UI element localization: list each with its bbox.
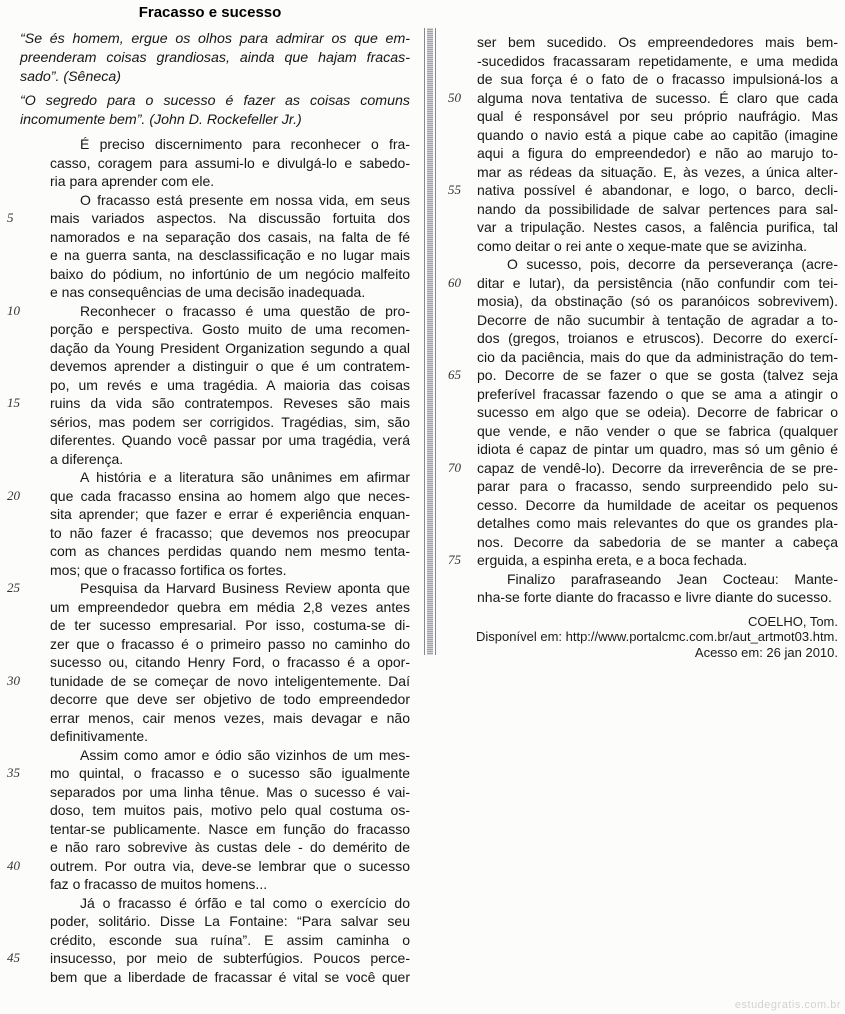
text-line: Já o fracasso é órfão e tal como o exerc… (0, 894, 420, 913)
text-line: 75erguida, a espinha ereta, e a boca fec… (445, 551, 838, 570)
body-line: crédito, esconde sua ruína”. E assim cam… (50, 931, 420, 950)
line-number (445, 33, 477, 52)
line-number (0, 376, 50, 395)
text-line: dos (gregos, troianos e etruscos). Decor… (445, 329, 838, 348)
body-line: de ter sucesso empresarial. Por isso, co… (50, 616, 420, 635)
epigraph-line: incomumente bem”. (John D. Rockefeller J… (20, 111, 420, 130)
body-line: var a tripulação. Nestes casos, a falênc… (477, 218, 838, 237)
line-number (445, 496, 477, 515)
body-line: Finalizo parafraseando Jean Cocteau: Man… (477, 570, 838, 589)
body-line: tunidade de se começar de novo inteligen… (50, 672, 420, 691)
line-number (445, 440, 477, 459)
line-number: 30 (0, 672, 50, 691)
text-line: doso, tem muitos pais, motivo pelo qual … (0, 801, 420, 820)
line-number (445, 533, 477, 552)
text-line: 20que cada fracasso ensina ao homem algo… (0, 487, 420, 506)
line-number (0, 505, 50, 524)
text-line: um empreendedor quebra em média 2,8 veze… (0, 598, 420, 617)
body-line: mo quintal, o fracasso e o sucesso são i… (50, 764, 420, 783)
body-line: e não raro sobrevive às custas dele - do… (50, 838, 420, 857)
body-line: definitivamente. (50, 727, 420, 746)
body-line: qual é responsável por seu próprio naufr… (477, 107, 838, 126)
body-line: que vende, e não vender o que se fabrica… (477, 422, 838, 441)
text-line: É preciso discernimento para reconhecer … (0, 135, 420, 154)
line-number (0, 635, 50, 654)
line-number: 50 (445, 89, 477, 108)
body-line: O fracasso está presente em nossa vida, … (50, 191, 420, 210)
line-number (0, 357, 50, 376)
source-attribution: COELHO, Tom. Disponível em: http://www.p… (445, 614, 838, 661)
body-line: to não fazer é fracasso; que devemos nos… (50, 524, 420, 543)
text-line: 35mo quintal, o fracasso e o sucesso são… (0, 764, 420, 783)
line-number (445, 144, 477, 163)
body-line: mos; que o fracasso fortifica os fortes. (50, 561, 420, 580)
paragraph: O fracasso está presente em nossa vida, … (0, 191, 420, 302)
line-number (445, 588, 477, 607)
text-line: 65po. Decorre de se fazer o que se gosta… (445, 366, 838, 385)
text-line: preenderam coisas grandiosas, ainda que … (0, 49, 420, 68)
line-number: 55 (445, 181, 477, 200)
body-line: -sucedidos fracassaram repetidamente, e … (477, 52, 838, 71)
text-line: devemos aprender a distinguir o que é um… (0, 357, 420, 376)
line-number: 5 (0, 209, 50, 228)
body-line: baixo do pódium, no infortúnio de um neg… (50, 265, 420, 284)
body-line: dos (gregos, troianos e etruscos). Decor… (477, 329, 838, 348)
body-line: parar para o fracasso, sendo surpreendid… (477, 477, 838, 496)
body-line: po, um revés e uma tragédia. A maioria d… (50, 376, 420, 395)
text-line: 40outrem. Por outra via, deve-se lembrar… (0, 857, 420, 876)
body-line: decorre que deve ser objetivo de todo em… (50, 690, 420, 709)
text-line: e nas consequências de uma decisão inade… (0, 283, 420, 302)
line-number (0, 931, 50, 950)
paragraph: Já o fracasso é órfão e tal como o exerc… (0, 894, 420, 987)
body-line: com as chances perdidas quando nem mesmo… (50, 542, 420, 561)
line-number (0, 468, 50, 487)
text-line: com as chances perdidas quando nem mesmo… (0, 542, 420, 561)
text-line: to não fazer é fracasso; que devemos nos… (0, 524, 420, 543)
text-line: que vende, e não vender o que se fabrica… (445, 422, 838, 441)
text-line: faz o fracasso de muitos homens... (0, 875, 420, 894)
body-line: po. Decorre de se fazer o que se gosta (… (477, 366, 838, 385)
line-number (0, 875, 50, 894)
text-line: 5mais variados aspectos. Na discussão fo… (0, 209, 420, 228)
line-number (0, 172, 50, 191)
text-line: qual é responsável por seu próprio naufr… (445, 107, 838, 126)
line-number (0, 49, 20, 68)
document-page: Fracasso e sucesso “Se és homem, ergue o… (0, 0, 845, 1014)
body-line: nativa possível é abandonar, e logo, o b… (477, 181, 838, 200)
text-line: definitivamente. (0, 727, 420, 746)
text-line: mos; que o fracasso fortifica os fortes. (0, 561, 420, 580)
text-line: sucesso ou, citando Henry Ford, o fracas… (0, 653, 420, 672)
body-line: e nas consequências de uma decisão inade… (50, 283, 420, 302)
text-line: nha-se forte diante do fracasso e livre … (445, 588, 838, 607)
text-line: decorre que deve ser objetivo de todo em… (0, 690, 420, 709)
page-title: Fracasso e sucesso (0, 0, 420, 21)
line-number (0, 968, 50, 987)
text-line: de ter sucesso empresarial. Por isso, co… (0, 616, 420, 635)
body-line: faz o fracasso de muitos homens... (50, 875, 420, 894)
body-line: aqui a figura do empreendedor) e não ao … (477, 144, 838, 163)
source-author: COELHO, Tom. (445, 614, 838, 630)
line-number (445, 329, 477, 348)
watermark: estudegratis.com.br (735, 999, 841, 1011)
body-line: sita aprender; que fazer e errar é exper… (50, 505, 420, 524)
text-line: 50alguma nova tentativa de sucesso. É cl… (445, 89, 838, 108)
line-number: 45 (0, 949, 50, 968)
body-line: separados por uma linha tênue. Mas o suc… (50, 783, 420, 802)
line-number: 70 (445, 459, 477, 478)
line-number (0, 820, 50, 839)
text-line: “Se és homem, ergue os olhos para admira… (0, 30, 420, 49)
text-line: “O segredo para o sucesso é fazer as coi… (0, 92, 420, 111)
text-line: e na guerra santa, na desclassificação e… (0, 246, 420, 265)
line-number (0, 690, 50, 709)
source-url: Disponível em: http://www.portalcmc.com.… (445, 629, 838, 645)
text-line: cio da paciência, mais do que da adminis… (445, 348, 838, 367)
body-line: devemos aprender a distinguir o que é um… (50, 357, 420, 376)
line-number: 15 (0, 394, 50, 413)
body-line: sérios, mas podem ser corrigidos. Tragéd… (50, 413, 420, 432)
paragraph: Assim como amor e ódio são vizinhos de u… (0, 746, 420, 894)
text-line: A história e a literatura são unânimes e… (0, 468, 420, 487)
body-line: Assim como amor e ódio são vizinhos de u… (50, 746, 420, 765)
line-number (445, 403, 477, 422)
line-number (0, 653, 50, 672)
line-number (0, 912, 50, 931)
line-number: 75 (445, 551, 477, 570)
text-line: Assim como amor e ódio são vizinhos de u… (0, 746, 420, 765)
text-line: preferível fracassar fazendo o que se am… (445, 385, 838, 404)
text-line: 45insucesso, por meio de subterfúgios. P… (0, 949, 420, 968)
text-line: baixo do pódium, no infortúnio de um neg… (0, 265, 420, 284)
line-number (445, 163, 477, 182)
text-line: ser bem sucedido. Os empreendedores mais… (445, 33, 838, 52)
line-number (0, 191, 50, 210)
line-number (0, 616, 50, 635)
line-number (0, 30, 20, 49)
line-number (0, 265, 50, 284)
body-line: mais variados aspectos. Na discussão for… (50, 209, 420, 228)
body-line: É preciso discernimento para reconhecer … (50, 135, 420, 154)
text-line: separados por uma linha tênue. Mas o suc… (0, 783, 420, 802)
text-line: como deitar o rei ante o xeque-mate que … (445, 237, 838, 256)
body-line: cio da paciência, mais do que da adminis… (477, 348, 838, 367)
line-number (0, 135, 50, 154)
body-line: capaz de vendê-lo). Decorre da irreverên… (477, 459, 838, 478)
text-line: 25Pesquisa da Harvard Business Review ap… (0, 579, 420, 598)
line-number (0, 431, 50, 450)
line-number (0, 709, 50, 728)
text-line: nos. Decorre da sabedoria de se manter a… (445, 533, 838, 552)
text-line: tentar-se publicamente. Nasce em função … (0, 820, 420, 839)
line-number (0, 783, 50, 802)
left-column: Fracasso e sucesso “Se és homem, ergue o… (0, 0, 420, 986)
body-line: Pesquisa da Harvard Business Review apon… (50, 579, 420, 598)
text-line: var a tripulação. Nestes casos, a falênc… (445, 218, 838, 237)
text-line: -sucedidos fracassaram repetidamente, e … (445, 52, 838, 71)
line-number (0, 246, 50, 265)
line-number: 35 (0, 764, 50, 783)
line-number (0, 838, 50, 857)
line-number (0, 320, 50, 339)
paragraph: 25Pesquisa da Harvard Business Review ap… (0, 579, 420, 746)
body-line: nos. Decorre da sabedoria de se manter a… (477, 533, 838, 552)
body-line: poder, solitário. Disse La Fontaine: “Pa… (50, 912, 420, 931)
line-number (0, 228, 50, 247)
body-line: como deitar o rei ante o xeque-mate que … (477, 237, 838, 256)
line-number (445, 570, 477, 589)
line-number (445, 237, 477, 256)
line-number (0, 450, 50, 469)
line-number (0, 413, 50, 432)
text-line: diferentes. Quando você passar por uma t… (0, 431, 420, 450)
line-number (445, 200, 477, 219)
line-number (0, 801, 50, 820)
body-line: ditar e lutar), da persistência (não con… (477, 274, 838, 293)
text-line: 70capaz de vendê-lo). Decorre da irrever… (445, 459, 838, 478)
body-line: porção e perspectiva. Gosto muito de uma… (50, 320, 420, 339)
body-line: mosia), da obstinação (só os paranóicos … (477, 292, 838, 311)
text-line: poder, solitário. Disse La Fontaine: “Pa… (0, 912, 420, 931)
text-line: sérios, mas podem ser corrigidos. Tragéd… (0, 413, 420, 432)
body-line: alguma nova tentativa de sucesso. É clar… (477, 89, 838, 108)
line-number (0, 598, 50, 617)
line-number (445, 292, 477, 311)
line-number: 25 (0, 579, 50, 598)
text-line: sucesso em algo que se odeia). Decorre d… (445, 403, 838, 422)
body-line: bem que a liberdade de fracassar é vital… (50, 968, 420, 987)
line-number (0, 524, 50, 543)
text-line: casso, coragem para assumi-lo e divulgá-… (0, 154, 420, 173)
body-line: sucesso em algo que se odeia). Decorre d… (477, 403, 838, 422)
body-line: ria para aprender com ele. (50, 172, 420, 191)
source-access-date: Acesso em: 26 jan 2010. (445, 645, 838, 661)
body-line: a diferença. (50, 450, 420, 469)
body-line: namorados e na separação dos casais, na … (50, 228, 420, 247)
text-line: aqui a figura do empreendedor) e não ao … (445, 144, 838, 163)
body-line: mar as rédeas da situação. E, às vezes, … (477, 163, 838, 182)
left-column-text: “Se és homem, ergue os olhos para admira… (0, 30, 420, 986)
body-line: um empreendedor quebra em média 2,8 veze… (50, 598, 420, 617)
epigraph-line: sado”. (Sêneca) (20, 68, 420, 87)
body-line: casso, coragem para assumi-lo e divulgá-… (50, 154, 420, 173)
epigraph: “O segredo para o sucesso é fazer as coi… (0, 92, 420, 130)
text-line: zer que o fracasso é o primeiro passo no… (0, 635, 420, 654)
text-line: a diferença. (0, 450, 420, 469)
text-line: cesso. Decorre da humildade de aceitar o… (445, 496, 838, 515)
line-number (445, 70, 477, 89)
text-line: sado”. (Sêneca) (0, 68, 420, 87)
line-number (0, 339, 50, 358)
text-line: incomumente bem”. (John D. Rockefeller J… (0, 111, 420, 130)
body-line: preferível fracassar fazendo o que se am… (477, 385, 838, 404)
line-number (445, 514, 477, 533)
epigraph-line: “Se és homem, ergue os olhos para admira… (20, 30, 420, 49)
text-line: sita aprender; que fazer e errar é exper… (0, 505, 420, 524)
body-line: cesso. Decorre da humildade de aceitar o… (477, 496, 838, 515)
line-number (445, 107, 477, 126)
body-line: outrem. Por outra via, deve-se lembrar q… (50, 857, 420, 876)
line-number (0, 894, 50, 913)
line-number (0, 561, 50, 580)
body-line: Decorre de não sucumbir à tentação de ag… (477, 311, 838, 330)
line-number (445, 348, 477, 367)
line-number: 20 (0, 487, 50, 506)
epigraph-line: preenderam coisas grandiosas, ainda que … (20, 49, 420, 68)
text-line: O sucesso, pois, decorre da perseverança… (445, 255, 838, 274)
line-number (0, 111, 20, 130)
text-line: 15ruins da vida são contratempos. Revese… (0, 394, 420, 413)
text-line: 55nativa possível é abandonar, e logo, o… (445, 181, 838, 200)
body-line: O sucesso, pois, decorre da perseverança… (477, 255, 838, 274)
epigraph: “Se és homem, ergue os olhos para admira… (0, 30, 420, 87)
text-line: O fracasso está presente em nossa vida, … (0, 191, 420, 210)
line-number (0, 727, 50, 746)
body-line: quando o navio está a pique cabe ao capi… (477, 126, 838, 145)
column-divider (424, 28, 436, 655)
text-line: porção e perspectiva. Gosto muito de uma… (0, 320, 420, 339)
text-line: 60ditar e lutar), da persistência (não c… (445, 274, 838, 293)
text-line: parar para o fracasso, sendo surpreendid… (445, 477, 838, 496)
body-line: dação da Young President Organization se… (50, 339, 420, 358)
epigraph-line: “O segredo para o sucesso é fazer as coi… (20, 92, 420, 111)
text-line: Finalizo parafraseando Jean Cocteau: Man… (445, 570, 838, 589)
line-number: 65 (445, 366, 477, 385)
text-line: de sua força é o fato de o fracasso impu… (445, 70, 838, 89)
right-column-text: ser bem sucedido. Os empreendedores mais… (445, 33, 838, 607)
body-line: e na guerra santa, na desclassificação e… (50, 246, 420, 265)
text-line: po, um revés e uma tragédia. A maioria d… (0, 376, 420, 395)
text-line: idiota é capaz de pintar um quadro, mas … (445, 440, 838, 459)
line-number (0, 283, 50, 302)
body-line: erguida, a espinha ereta, e a boca fecha… (477, 551, 838, 570)
line-number: 60 (445, 274, 477, 293)
body-line: nando da possibilidade de salvar pertenc… (477, 200, 838, 219)
text-line: namorados e na separação dos casais, na … (0, 228, 420, 247)
line-number (445, 126, 477, 145)
text-line: Decorre de não sucumbir à tentação de ag… (445, 311, 838, 330)
paragraph: A história e a literatura são unânimes e… (0, 468, 420, 579)
body-line: detalhes como mais relevantes do que os … (477, 514, 838, 533)
body-line: A história e a literatura são unânimes e… (50, 468, 420, 487)
line-number (0, 68, 20, 87)
text-line: 10Reconhecer o fracasso é uma questão de… (0, 302, 420, 321)
text-line: crédito, esconde sua ruína”. E assim cam… (0, 931, 420, 950)
text-line: mar as rédeas da situação. E, às vezes, … (445, 163, 838, 182)
line-number (445, 422, 477, 441)
text-line: bem que a liberdade de fracassar é vital… (0, 968, 420, 987)
paragraph: O sucesso, pois, decorre da perseverança… (445, 255, 838, 570)
line-number: 40 (0, 857, 50, 876)
body-line: insucesso, por meio de subterfúgios. Pou… (50, 949, 420, 968)
paragraph: 10Reconhecer o fracasso é uma questão de… (0, 302, 420, 469)
body-line: sucesso ou, citando Henry Ford, o fracas… (50, 653, 420, 672)
body-line: tentar-se publicamente. Nasce em função … (50, 820, 420, 839)
text-line: dação da Young President Organization se… (0, 339, 420, 358)
line-number: 10 (0, 302, 50, 321)
body-line: doso, tem muitos pais, motivo pelo qual … (50, 801, 420, 820)
body-line: de sua força é o fato de o fracasso impu… (477, 70, 838, 89)
paragraph: É preciso discernimento para reconhecer … (0, 135, 420, 191)
body-line: que cada fracasso ensina ao homem algo q… (50, 487, 420, 506)
line-number (0, 542, 50, 561)
body-line: idiota é capaz de pintar um quadro, mas … (477, 440, 838, 459)
body-line: diferentes. Quando você passar por uma t… (50, 431, 420, 450)
body-line: ser bem sucedido. Os empreendedores mais… (477, 33, 838, 52)
text-line: e não raro sobrevive às custas dele - do… (0, 838, 420, 857)
line-number (0, 92, 20, 111)
line-number (445, 218, 477, 237)
text-line: 30tunidade de se começar de novo intelig… (0, 672, 420, 691)
text-line: quando o navio está a pique cabe ao capi… (445, 126, 838, 145)
line-number (445, 52, 477, 71)
line-number (0, 746, 50, 765)
paragraph: Finalizo parafraseando Jean Cocteau: Man… (445, 570, 838, 607)
text-line: mosia), da obstinação (só os paranóicos … (445, 292, 838, 311)
line-number (445, 477, 477, 496)
line-number (445, 311, 477, 330)
right-column: ser bem sucedido. Os empreendedores mais… (445, 33, 838, 660)
body-line: zer que o fracasso é o primeiro passo no… (50, 635, 420, 654)
body-line: Já o fracasso é órfão e tal como o exerc… (50, 894, 420, 913)
text-line: errar menos, cair menos vezes, mais deva… (0, 709, 420, 728)
paragraph: ser bem sucedido. Os empreendedores mais… (445, 33, 838, 255)
text-line: detalhes como mais relevantes do que os … (445, 514, 838, 533)
body-line: ruins da vida são contratempos. Reveses … (50, 394, 420, 413)
line-number (0, 154, 50, 173)
body-line: Reconhecer o fracasso é uma questão de p… (50, 302, 420, 321)
line-number (445, 255, 477, 274)
body-line: errar menos, cair menos vezes, mais deva… (50, 709, 420, 728)
text-line: ria para aprender com ele. (0, 172, 420, 191)
line-number (445, 385, 477, 404)
body-line: nha-se forte diante do fracasso e livre … (477, 588, 838, 607)
text-line: nando da possibilidade de salvar pertenc… (445, 200, 838, 219)
